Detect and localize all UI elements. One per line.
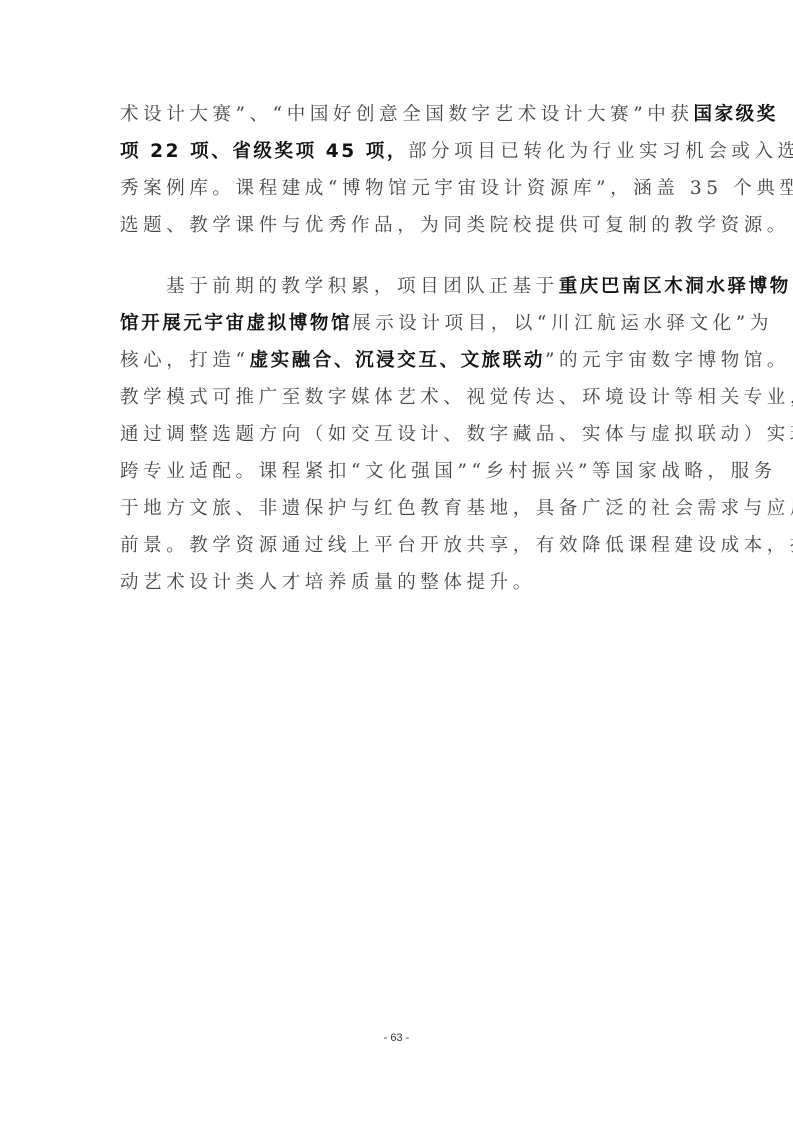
text-line: 核心，打造“虚实融合、沉浸交互、文旅联动”的元宇宙数字博物馆。 [120,342,674,379]
bold-text-run: 虚实融合、沉浸交互、文旅联动 [250,350,545,371]
bold-text-run: 项 22 项、省级奖项 45 项， [120,141,408,162]
text-line: 项 22 项、省级奖项 45 项，部分项目已转化为行业实习机会或入选优 [120,133,674,170]
document-page: 术设计大赛”、“中国好创意全国数字艺术设计大赛”中获国家级奖 项 22 项、省级… [0,0,793,1122]
page-number: - 63 - [0,1032,793,1044]
text-run: 核心，打造“ [120,350,250,371]
text-line: 选题、教学课件与优秀作品，为同类院校提供可复制的教学资源。 [120,207,674,244]
text-run: 教学模式可推广至数字媒体艺术、视觉传达、环境设计等相关专业， [120,387,793,408]
text-line: 教学模式可推广至数字媒体艺术、视觉传达、环境设计等相关专业， [120,379,674,416]
paragraph-project: 基于前期的教学积累，项目团队正基于重庆巴南区木洞水驿博物 馆开展元宇宙虚拟博物馆… [120,268,674,601]
bold-text-run: 重庆巴南区木洞水驿博物 [559,276,791,297]
text-run: 选题、教学课件与优秀作品，为同类院校提供可复制的教学资源。 [120,215,790,236]
text-run: 跨专业适配。课程紧扣“文化强国”“乡村振兴”等国家战略，服务 [120,461,777,482]
text-run: 基于前期的教学积累，项目团队正基于 [166,276,559,297]
text-line: 跨专业适配。课程紧扣“文化强国”“乡村振兴”等国家战略，服务 [120,453,674,490]
bold-text-run: 国家级奖 [693,104,777,125]
text-run: 术设计大赛”、“中国好创意全国数字艺术设计大赛”中获 [120,104,693,125]
text-line: 通过调整选题方向（如交互设计、数字藏品、实体与虚拟联动）实现 [120,416,674,453]
text-line: 基于前期的教学积累，项目团队正基于重庆巴南区木洞水驿博物 [120,268,674,305]
text-run: 于地方文旅、非遗保护与红色教育基地，具备广泛的社会需求与应用 [120,498,793,519]
text-line: 馆开展元宇宙虚拟博物馆展示设计项目，以“川江航运水驿文化”为 [120,305,674,342]
text-line: 秀案例库。课程建成“博物馆元宇宙设计资源库”，涵盖 35 个典型 [120,170,674,207]
bold-text-run: 馆开展元宇宙虚拟博物馆 [120,313,352,334]
body-text: 术设计大赛”、“中国好创意全国数字艺术设计大赛”中获国家级奖 项 22 项、省级… [120,96,674,601]
paragraph-awards: 术设计大赛”、“中国好创意全国数字艺术设计大赛”中获国家级奖 项 22 项、省级… [120,96,674,244]
text-line: 动艺术设计类人才培养质量的整体提升。 [120,564,674,601]
text-run: 部分项目已转化为行业实习机会或入选优 [408,141,793,162]
text-line: 前景。教学资源通过线上平台开放共享，有效降低课程建设成本，推 [120,527,674,564]
text-line: 于地方文旅、非遗保护与红色教育基地，具备广泛的社会需求与应用 [120,490,674,527]
text-run: 秀案例库。课程建成“博物馆元宇宙设计资源库”，涵盖 35 个典型 [120,178,793,199]
text-line: 术设计大赛”、“中国好创意全国数字艺术设计大赛”中获国家级奖 [120,96,674,133]
text-run: ”的元宇宙数字博物馆。 [545,350,790,371]
text-run: 前景。教学资源通过线上平台开放共享，有效降低课程建设成本，推 [120,535,793,556]
text-run: 通过调整选题方向（如交互设计、数字藏品、实体与虚拟联动）实现 [120,424,793,445]
text-run: 动艺术设计类人才培养质量的整体提升。 [120,572,536,593]
text-run: 展示设计项目，以“川江航运水驿文化”为 [352,313,773,334]
